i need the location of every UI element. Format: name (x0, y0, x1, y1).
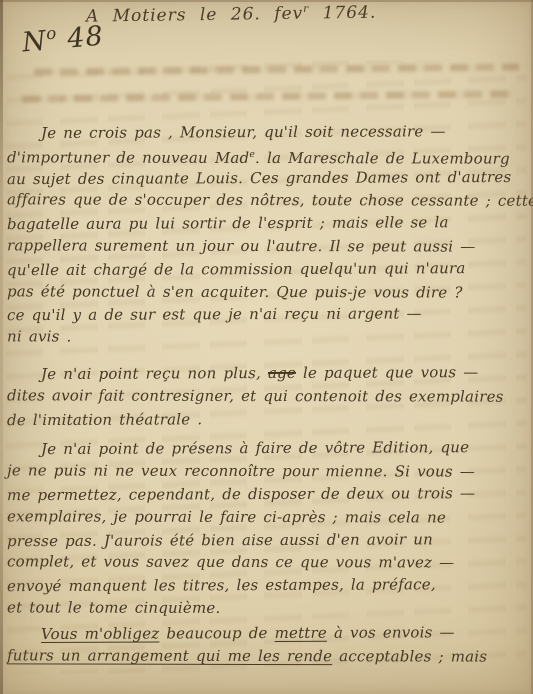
letter-line: qu'elle ait chargé de la commission quel… (7, 257, 529, 282)
text-segment: affaires que de s'occuper des nôtres, to… (7, 191, 533, 210)
letter-photo: A Motiers le 26. fevr 1764. No 48 Je ne … (0, 0, 533, 694)
letter-dateline: A Motiers le 26. fevr 1764. (86, 2, 377, 27)
text-segment: presse pas. J'aurois été bien aise aussi… (7, 530, 433, 550)
letter-line: ce qu'il y a de sur est que je n'ai reçu… (7, 302, 529, 327)
letter-line: bagatelle aura pu lui sortir de l'esprit… (7, 211, 529, 236)
text-segment: Vous m'obligez (41, 624, 159, 643)
text-segment: beaucoup de (159, 624, 274, 643)
letter-body: Je ne crois pas , Monsieur, qu'il soit n… (7, 121, 529, 667)
text-segment: ce qu'il y a de sur est que je n'ai reçu… (7, 305, 422, 325)
letter-line: affaires que de s'occuper des nôtres, to… (7, 189, 529, 213)
dateline-text: 1764. (309, 3, 376, 24)
text-segment: rappellera surement un jour ou l'autre. … (7, 236, 475, 255)
text-segment: ni avis . (7, 327, 72, 345)
letter-line: Je n'ai point de présens à faire de vôtr… (7, 436, 529, 461)
letter-line: presse pas. J'aurois été bien aise aussi… (7, 527, 529, 552)
letter-line: Je ne crois pas , Monsieur, qu'il soit n… (7, 120, 529, 145)
letter-number-text: 48 (56, 20, 104, 55)
text-segment: Je ne crois pas , Monsieur, qu'il soit n… (41, 122, 446, 142)
letter-line: rappellera surement un jour ou l'autre. … (7, 234, 529, 258)
paper-edge-top (0, 0, 533, 2)
text-segment: complet, et vous savez que dans ce que v… (7, 553, 454, 572)
letter-number-text: N (21, 25, 48, 58)
paper-edge-left (0, 0, 3, 694)
dateline-text: A Motiers le 26. fev (86, 4, 303, 27)
text-segment: envoyé manquent les titres, les estampes… (7, 575, 436, 595)
letter-line: au sujet des cinquante Louis. Ces grande… (7, 165, 529, 190)
text-segment: bagatelle aura pu lui sortir de l'esprit… (7, 213, 449, 233)
text-segment: d'importuner de nouveau Mad (7, 148, 249, 167)
letter-line: je ne puis ni ne veux reconnoître pour m… (7, 459, 529, 483)
text-segment: le paquet que vous — (296, 363, 479, 382)
text-segment: me permettez, cependant, de disposer de … (7, 484, 475, 504)
text-segment: dites avoir fait contresigner, et qui co… (7, 386, 504, 405)
letter-line: de l'imitation théatrale . (7, 406, 529, 431)
letter-line: futurs un arrangement qui me les rende a… (7, 644, 529, 668)
letter-line: pas été ponctuel à s'en acquiter. Que pu… (7, 280, 529, 304)
text-segment: acceptables ; mais (332, 647, 487, 665)
text-segment: à vos envois — (327, 623, 455, 642)
text-segment: age (268, 364, 296, 382)
text-segment: . la Mareschale de Luxembourg (255, 149, 510, 168)
letter-line: me permettez, cependant, de disposer de … (7, 482, 529, 507)
letter-paragraph: Je n'ai point reçu non plus, age le paqu… (7, 362, 529, 430)
letter-number: No 48 (21, 19, 105, 59)
text-segment: je ne puis ni ne veux reconnoître pour m… (7, 461, 475, 480)
ink-bleedthrough-row (22, 90, 513, 102)
text-segment: mettre (275, 623, 327, 641)
text-segment: qu'elle ait chargé de la commission quel… (7, 259, 466, 279)
letter-line: envoyé manquent les titres, les estampes… (7, 573, 529, 598)
letter-line: Vous m'obligez beaucoup de mettre à vos … (7, 621, 529, 646)
text-segment: exemplaires, je pourrai le faire ci-aprè… (7, 507, 446, 526)
text-segment: et tout le tome cinquième. (7, 598, 220, 617)
text-segment: de l'imitation théatrale . (7, 410, 202, 429)
letter-line: complet, et vous savez que dans ce que v… (7, 551, 529, 575)
letter-line: et tout le tome cinquième. (7, 596, 529, 620)
letter-line: d'importuner de nouveau Made. la Maresch… (7, 143, 529, 167)
text-segment: futurs un arrangement qui me les rende (7, 646, 332, 665)
letter-line: Je n'ai point reçu non plus, age le paqu… (7, 361, 529, 386)
ink-bleedthrough-row (34, 63, 519, 75)
letter-line: ni avis . (7, 325, 529, 349)
letter-paragraph: Je ne crois pas , Monsieur, qu'il soit n… (7, 121, 529, 349)
text-segment: pas été ponctuel à s'en acquiter. Que pu… (7, 282, 463, 301)
letter-paragraph: Vous m'obligez beaucoup de mettre à vos … (7, 622, 529, 668)
text-segment: Je n'ai point de présens à faire de vôtr… (41, 438, 469, 458)
letter-paragraph: Je n'ai point de présens à faire de vôtr… (7, 437, 529, 619)
text-segment: au sujet des cinquante Louis. Ces grande… (7, 168, 511, 188)
letter-line: exemplaires, je pourrai le faire ci-aprè… (7, 505, 529, 529)
letter-line: dites avoir fait contresigner, et qui co… (7, 384, 529, 408)
text-segment: Je n'ai point reçu non plus, (41, 364, 268, 383)
